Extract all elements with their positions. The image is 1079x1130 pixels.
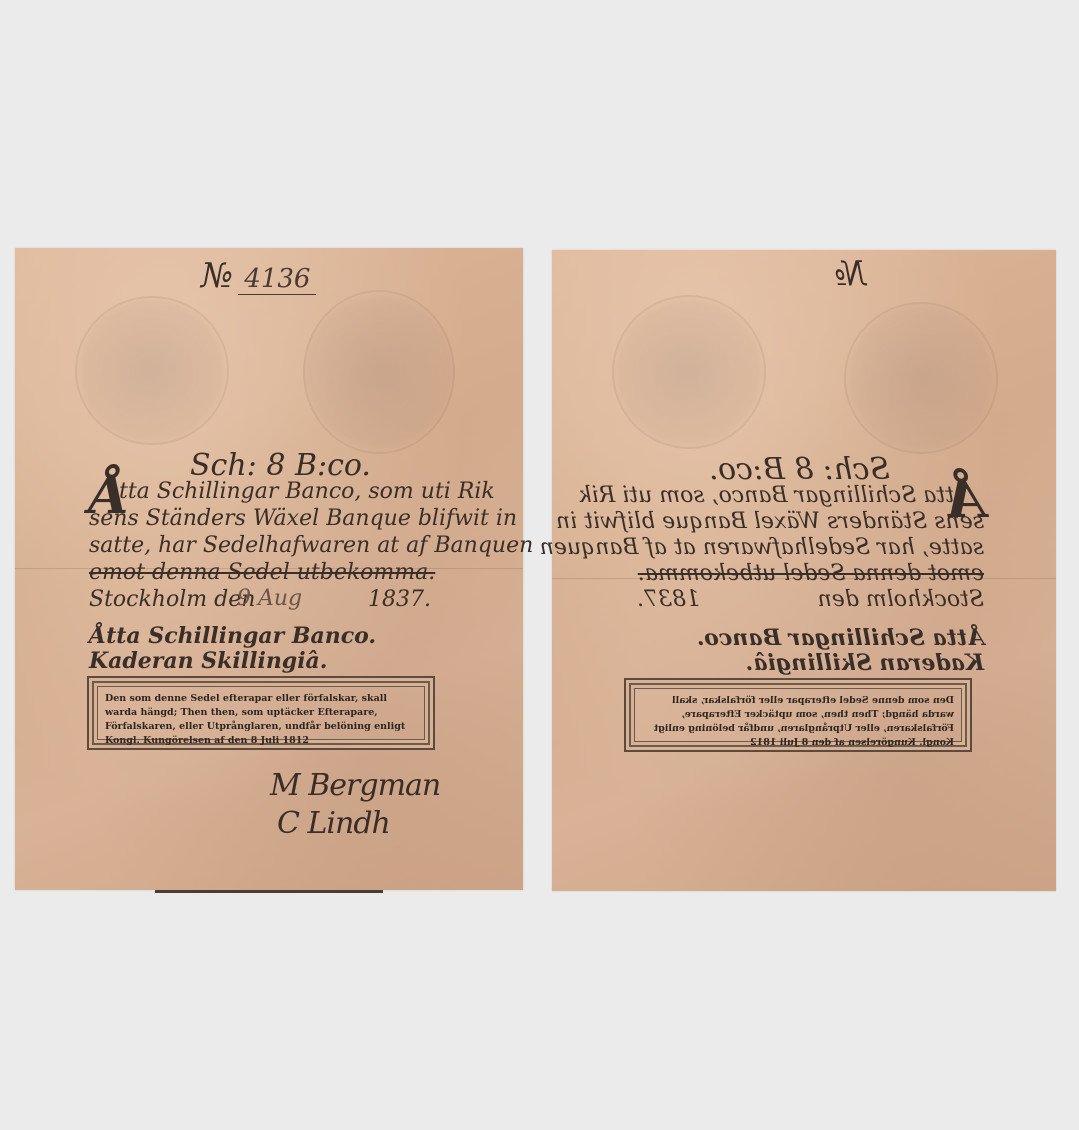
place-date-label: Stockholm den (89, 586, 255, 613)
serial-value: 4136 (238, 264, 316, 295)
serial-label: № (834, 254, 866, 294)
text-line-3: satte, har Sedelhafwaren at af Banquen (540, 534, 984, 561)
text-line-1: tta Schillingar Banco, som uti Rik (578, 482, 954, 509)
warning-frame: Den som denne Sedel efterapar eller förf… (87, 676, 435, 750)
text-line-1: tta Schillingar Banco, som uti Rik (119, 478, 495, 505)
embossed-seal-right (303, 290, 455, 454)
serial-number: № (834, 254, 866, 294)
value-line-2: Kaderan Skillingiâ. (746, 650, 984, 677)
serial-label: № (201, 256, 233, 296)
embossed-seal-left (75, 296, 229, 445)
serial-number: № 4136 (201, 256, 316, 296)
warning-text: Den som denne Sedel efterapar eller förf… (105, 692, 417, 748)
mirrored-content: № Sch: 8 B:co. Å tta Schillingar Banco, … (552, 250, 1056, 891)
warning-text: Den som denne Sedel efterapar eller förf… (642, 694, 954, 750)
place-date-label: Stockholm den (818, 586, 984, 613)
text-line-2: sens Ständers Wäxel Banque blifwit in (556, 508, 984, 535)
shadow-bar (155, 890, 383, 893)
signature-1: M Bergman (270, 768, 440, 803)
value-line-1: Åtta Schillingar Banco. (89, 623, 376, 650)
signature-2: C Lindh (277, 806, 390, 841)
year: 1837. (637, 586, 700, 613)
value-line-2: Kaderan Skillingiâ. (89, 648, 327, 675)
year: 1837. (368, 586, 431, 613)
text-line-4: emot denna Sedel utbekomma. (638, 560, 984, 587)
text-line-2: sens Ständers Wäxel Banque blifwit in (89, 505, 517, 532)
banknote-front: № 4136 Sch: 8 B:co. Å tta Schillingar Ba… (15, 248, 523, 890)
value-line-1: Åtta Schillingar Banco. (697, 625, 984, 652)
text-line-3: satte, har Sedelhafwaren at af Banquen (89, 532, 533, 559)
warning-frame: Den som denne Sedel efterapar eller förf… (624, 678, 972, 752)
banknote-back: № Sch: 8 B:co. Å tta Schillingar Banco, … (552, 250, 1056, 891)
text-line-4: emot denna Sedel utbekomma. (89, 559, 435, 586)
handwritten-date: 9 Aug (237, 586, 302, 611)
